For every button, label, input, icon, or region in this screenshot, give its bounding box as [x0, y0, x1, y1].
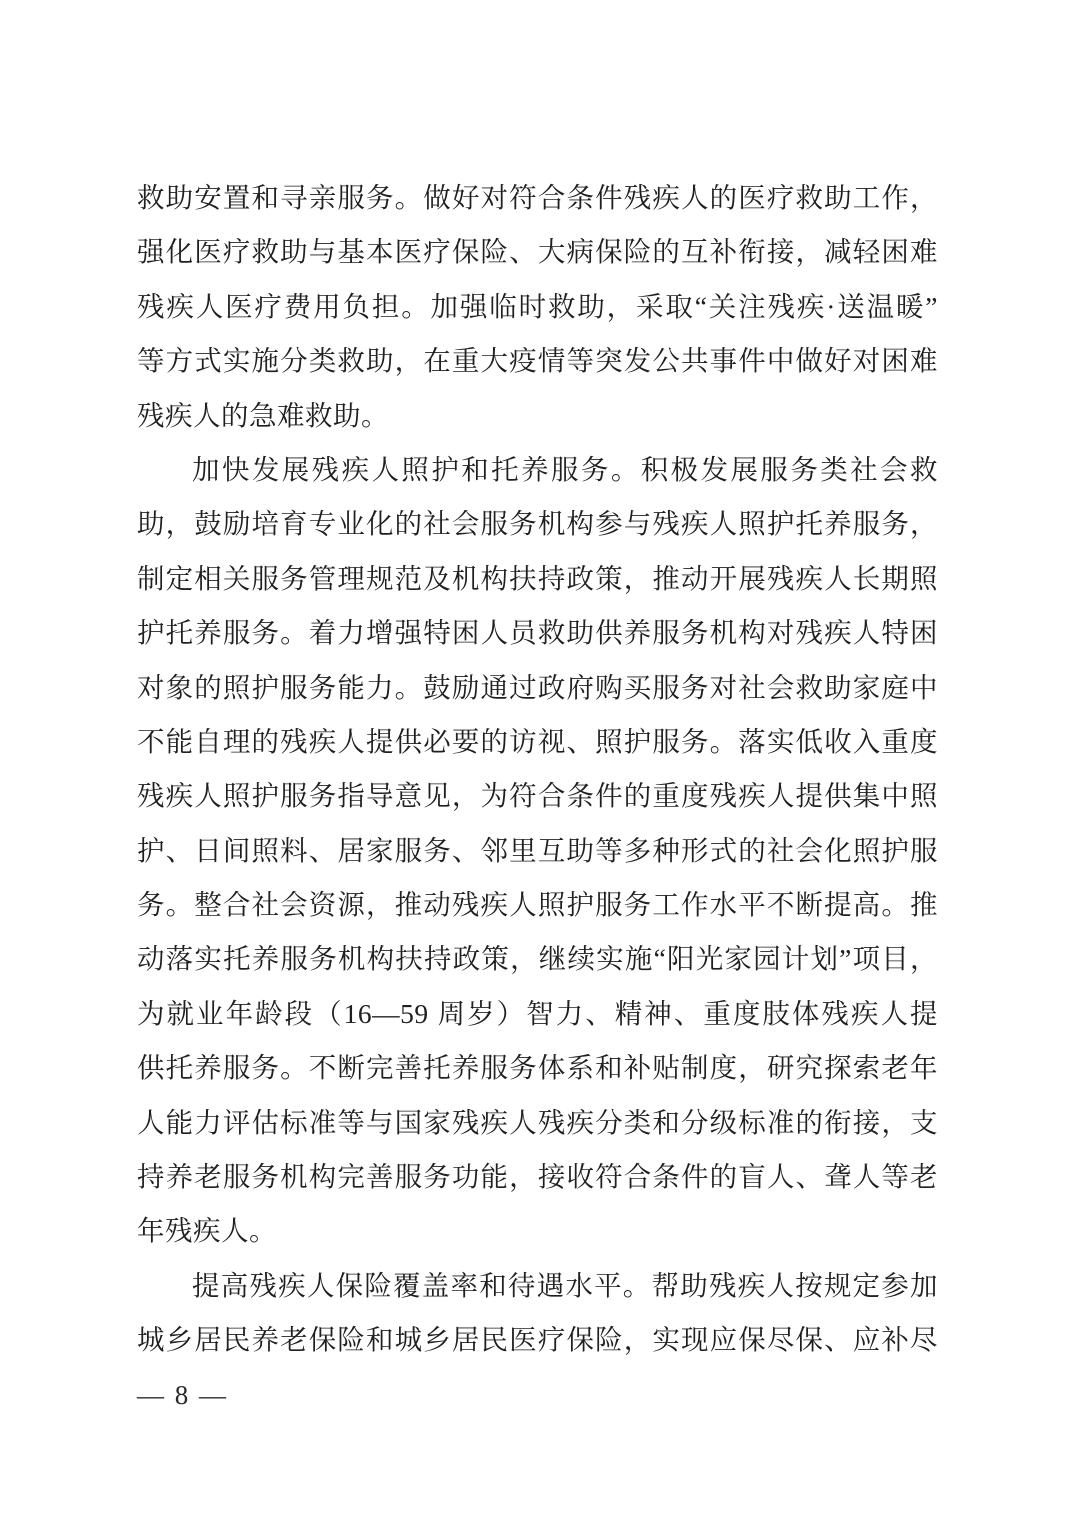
- document-line: 供托养服务。不断完善托养服务体系和补贴制度，研究探索老年: [137, 1041, 938, 1095]
- document-line: 等方式实施分类救助，在重大疫情等突发公共事件中做好对困难: [137, 334, 938, 388]
- document-line: 人能力评估标准等与国家残疾人残疾分类和分级标准的衔接，支: [137, 1096, 938, 1150]
- document-line: 城乡居民养老保险和城乡居民医疗保险，实现应保尽保、应补尽: [137, 1313, 938, 1367]
- document-line: 残疾人的急难救助。: [137, 389, 938, 443]
- document-line: 加快发展残疾人照护和托养服务。积极发展服务类社会救: [137, 443, 938, 497]
- document-line: 对象的照护服务能力。鼓励通过政府购买服务对社会救助家庭中: [137, 661, 938, 715]
- document-line: 为就业年龄段（16—59 周岁）智力、精神、重度肢体残疾人提: [137, 987, 938, 1041]
- document-line: 持养老服务机构完善服务功能，接收符合条件的盲人、聋人等老: [137, 1150, 938, 1204]
- document-line: 不能自理的残疾人提供必要的访视、照护服务。落实低收入重度: [137, 715, 938, 769]
- document-line: 制定相关服务管理规范及机构扶持政策，推动开展残疾人长期照: [137, 552, 938, 606]
- document-line: 救助安置和寻亲服务。做好对符合条件残疾人的医疗救助工作，: [137, 171, 938, 225]
- document-line: 残疾人照护服务指导意见，为符合条件的重度残疾人提供集中照: [137, 769, 938, 823]
- document-line: 动落实托养服务机构扶持政策，继续实施“阳光家园计划”项目，: [137, 932, 938, 986]
- document-body-text: 救助安置和寻亲服务。做好对符合条件残疾人的医疗救助工作， 强化医疗救助与基本医疗…: [137, 171, 938, 1368]
- document-line: 助，鼓励培育专业化的社会服务机构参与残疾人照护托养服务，: [137, 497, 938, 551]
- document-line: 强化医疗救助与基本医疗保险、大病保险的互补衔接，减轻困难: [137, 225, 938, 279]
- document-line: 护、日间照料、居家服务、邻里互助等多种形式的社会化照护服: [137, 824, 938, 878]
- document-line: 提高残疾人保险覆盖率和待遇水平。帮助残疾人按规定参加: [137, 1259, 938, 1313]
- footer-page-number: — 8 —: [137, 1377, 228, 1413]
- document-line: 护托养服务。着力增强特困人员救助供养服务机构对残疾人特困: [137, 606, 938, 660]
- document-page: 救助安置和寻亲服务。做好对符合条件残疾人的医疗救助工作， 强化医疗救助与基本医疗…: [0, 0, 1074, 1520]
- document-line: 务。整合社会资源，推动残疾人照护服务工作水平不断提高。推: [137, 878, 938, 932]
- document-line: 年残疾人。: [137, 1204, 938, 1258]
- document-line: 残疾人医疗费用负担。加强临时救助，采取“关注残疾·送温暖”: [137, 280, 938, 334]
